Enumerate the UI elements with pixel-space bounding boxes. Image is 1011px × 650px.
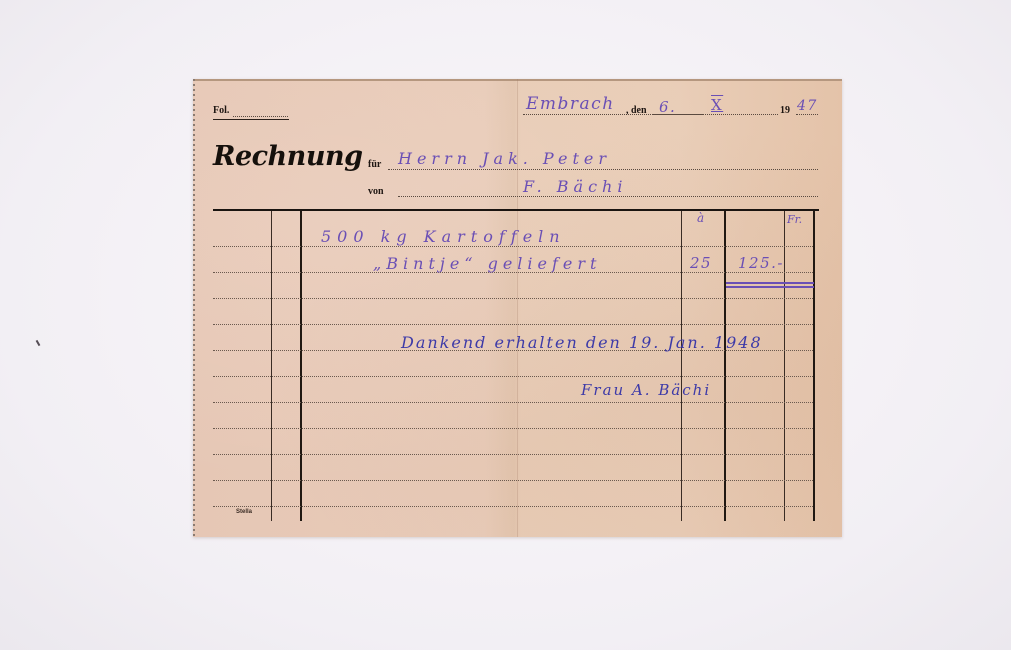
fol-label: Fol. [213, 105, 229, 116]
line-item-2-unit-price: 25 [690, 254, 712, 272]
perforated-edge [193, 79, 195, 537]
handwritten-recipient: Herrn Jak. Peter [398, 149, 611, 168]
fol-dotted-line [233, 116, 288, 117]
table-row-line [213, 324, 813, 325]
von-label: von [368, 186, 384, 197]
handwritten-month: X [711, 96, 723, 114]
table-row-line [213, 376, 813, 377]
table-row-line [213, 402, 813, 403]
invoice-paper: Fol. Rechnung Embrach , den 6. X 19 47 f… [193, 79, 842, 537]
printer-imprint: Stella [236, 509, 252, 515]
column-line-3 [681, 211, 682, 521]
line-item-2-amount: 125.- [738, 254, 784, 272]
sender-dotted-line [398, 196, 818, 197]
line-item-2-description: „Bintje“ geliefert [373, 254, 601, 273]
total-double-underline-2 [726, 286, 814, 288]
column-line-1 [271, 211, 272, 521]
table-row-line [213, 298, 813, 299]
table-row-line [213, 454, 813, 455]
unit-price-header: à [697, 211, 706, 225]
column-line-2 [300, 211, 302, 521]
table-top-rule [213, 209, 819, 211]
invoice-title: Rechnung [213, 141, 362, 172]
table-row-line [213, 480, 813, 481]
column-line-6 [813, 211, 815, 521]
amount-header: Fr. [787, 213, 802, 226]
total-double-underline-1 [726, 282, 814, 284]
line-item-1-description: 500 kg Kartoffeln [321, 227, 566, 246]
receipt-signature: Frau A. Bächi [581, 381, 711, 399]
handwritten-year: 47 [797, 98, 818, 114]
year-prefix: 19 [780, 105, 790, 116]
table-row-line [213, 428, 813, 429]
table-row-line [213, 506, 813, 507]
fuer-label: für [368, 159, 381, 170]
receipt-note: Dankend erhalten den 19. Jan. 1948 [401, 333, 763, 352]
background-speck [36, 340, 41, 346]
center-fold [517, 79, 518, 537]
handwritten-place: Embrach [526, 94, 615, 114]
column-line-5 [784, 211, 785, 521]
handwritten-sender: F. Bächi [523, 177, 627, 196]
table-row-line [213, 246, 813, 247]
column-line-4 [724, 211, 726, 521]
year-dotted-line [796, 114, 818, 115]
den-label: , den [626, 105, 647, 116]
handwritten-day: 6. [659, 98, 676, 116]
recipient-dotted-line [388, 169, 818, 170]
fol-underline [213, 119, 289, 120]
